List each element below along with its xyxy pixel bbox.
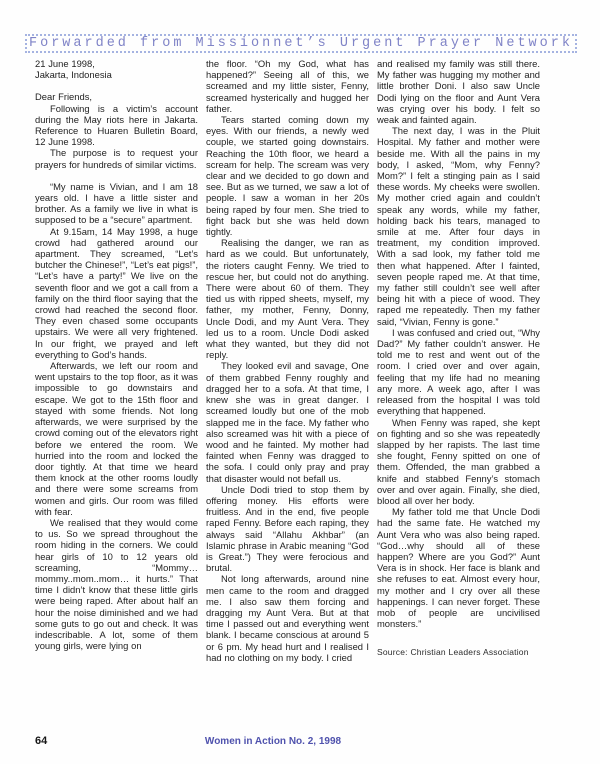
publication-title: Women in Action No. 2, 1998 (205, 736, 341, 747)
paragraph: My father told me that Uncle Dodi had th… (377, 506, 540, 629)
paragraph: and realised my family was still there. … (377, 58, 540, 125)
text-column-2: the floor. “Oh my God, what has happened… (206, 58, 369, 720)
paragraph: Afterwards, we left our room and went up… (35, 360, 198, 517)
text-column-3: and realised my family was still there. … (377, 58, 540, 720)
paragraph: Realising the danger, we ran as hard as … (206, 237, 369, 360)
text-column-1: 21 June 1998,Jakarta, IndonesiaDear Frie… (35, 58, 198, 720)
page-number: 64 (35, 735, 47, 747)
paragraph: Uncle Dodi tried to stop them by offerin… (206, 484, 369, 574)
paragraph-gap (377, 629, 540, 647)
paragraph: Not long afterwards, around nine men cam… (206, 573, 369, 663)
paragraph-gap (35, 170, 198, 181)
article-columns: 21 June 1998,Jakarta, IndonesiaDear Frie… (35, 58, 540, 720)
paragraph: They looked evil and savage, One of them… (206, 360, 369, 483)
source-line: Source: Christian Leaders Association (377, 647, 540, 658)
magazine-page: Forwarded from Missionnet’s Urgent Praye… (0, 0, 600, 764)
paragraph: We realised that they would come to us. … (35, 517, 198, 651)
paragraph: At 9.15am, 14 May 1998, a huge crowd had… (35, 226, 198, 360)
header-title: Forwarded from Missionnet’s Urgent Praye… (29, 36, 573, 51)
paragraph: Jakarta, Indonesia (35, 69, 198, 80)
paragraph: The next day, I was in the Pluit Hospita… (377, 125, 540, 327)
paragraph: When Fenny was raped, she kept on fighti… (377, 417, 540, 507)
paragraph: “My name is Vivian, and I am 18 years ol… (35, 181, 198, 226)
header-banner: Forwarded from Missionnet’s Urgent Praye… (25, 34, 577, 53)
paragraph: I was confused and cried out, “Why Dad?”… (377, 327, 540, 417)
page-footer: 64 Women in Action No. 2, 1998 (0, 735, 600, 751)
paragraph: The purpose is to request your prayers f… (35, 147, 198, 169)
paragraph: the floor. “Oh my God, what has happened… (206, 58, 369, 114)
paragraph: 21 June 1998, (35, 58, 198, 69)
paragraph: Following is a victim’s account during t… (35, 103, 198, 148)
paragraph-gap (35, 80, 198, 91)
paragraph: Dear Friends, (35, 91, 198, 102)
paragraph: Tears started coming down my eyes. With … (206, 114, 369, 237)
